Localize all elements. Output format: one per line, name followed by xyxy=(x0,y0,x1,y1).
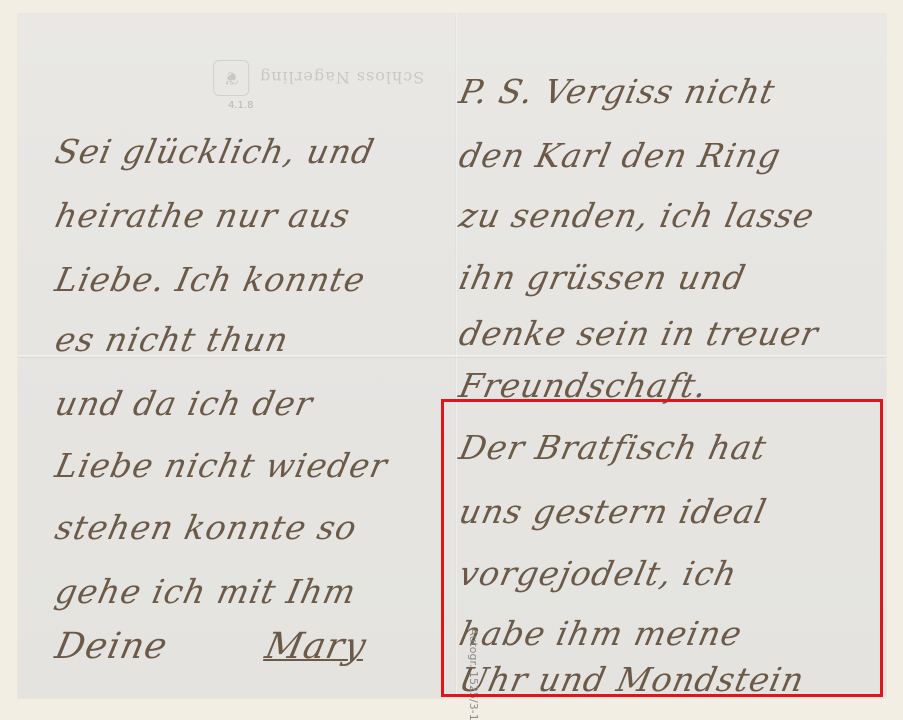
handwriting-line: P. S. Vergiss nicht xyxy=(456,72,779,111)
closing: Deine xyxy=(52,626,172,667)
handwriting-line: Liebe. Ich konnte xyxy=(52,260,369,299)
signature-block: Deine Mary xyxy=(52,626,461,667)
handwriting-line: es nicht thun xyxy=(52,320,293,359)
handwriting-line: den Karl den Ring xyxy=(456,136,785,175)
archival-mount: Schloss Nagerling ❦ 4.1.8 Sei glücklich,… xyxy=(0,0,903,720)
handwriting-line: heirathe nur aus xyxy=(52,196,354,235)
handwriting-line: denke sein in treuer xyxy=(456,314,822,353)
crest-emblem-icon: ❦ xyxy=(213,60,249,96)
letterhead-text: Schloss Nagerling xyxy=(259,69,424,88)
pencil-note: 4.1.8 xyxy=(228,100,253,111)
handwriting-line: gehe ich mit Ihm xyxy=(52,572,360,611)
handwriting-line: und da ich der xyxy=(52,384,317,423)
highlight-box xyxy=(441,399,883,697)
handwriting-line: Liebe nicht wieder xyxy=(52,446,391,485)
signature: Mary xyxy=(262,626,371,667)
handwriting-line: Sei glücklich, und xyxy=(52,132,378,171)
handwriting-line: ihn grüssen und xyxy=(456,258,750,297)
handwriting-line: zu senden, ich lasse xyxy=(456,196,818,235)
handwriting-line: stehen konnte so xyxy=(52,508,361,547)
letterhead: Schloss Nagerling ❦ xyxy=(213,62,424,94)
